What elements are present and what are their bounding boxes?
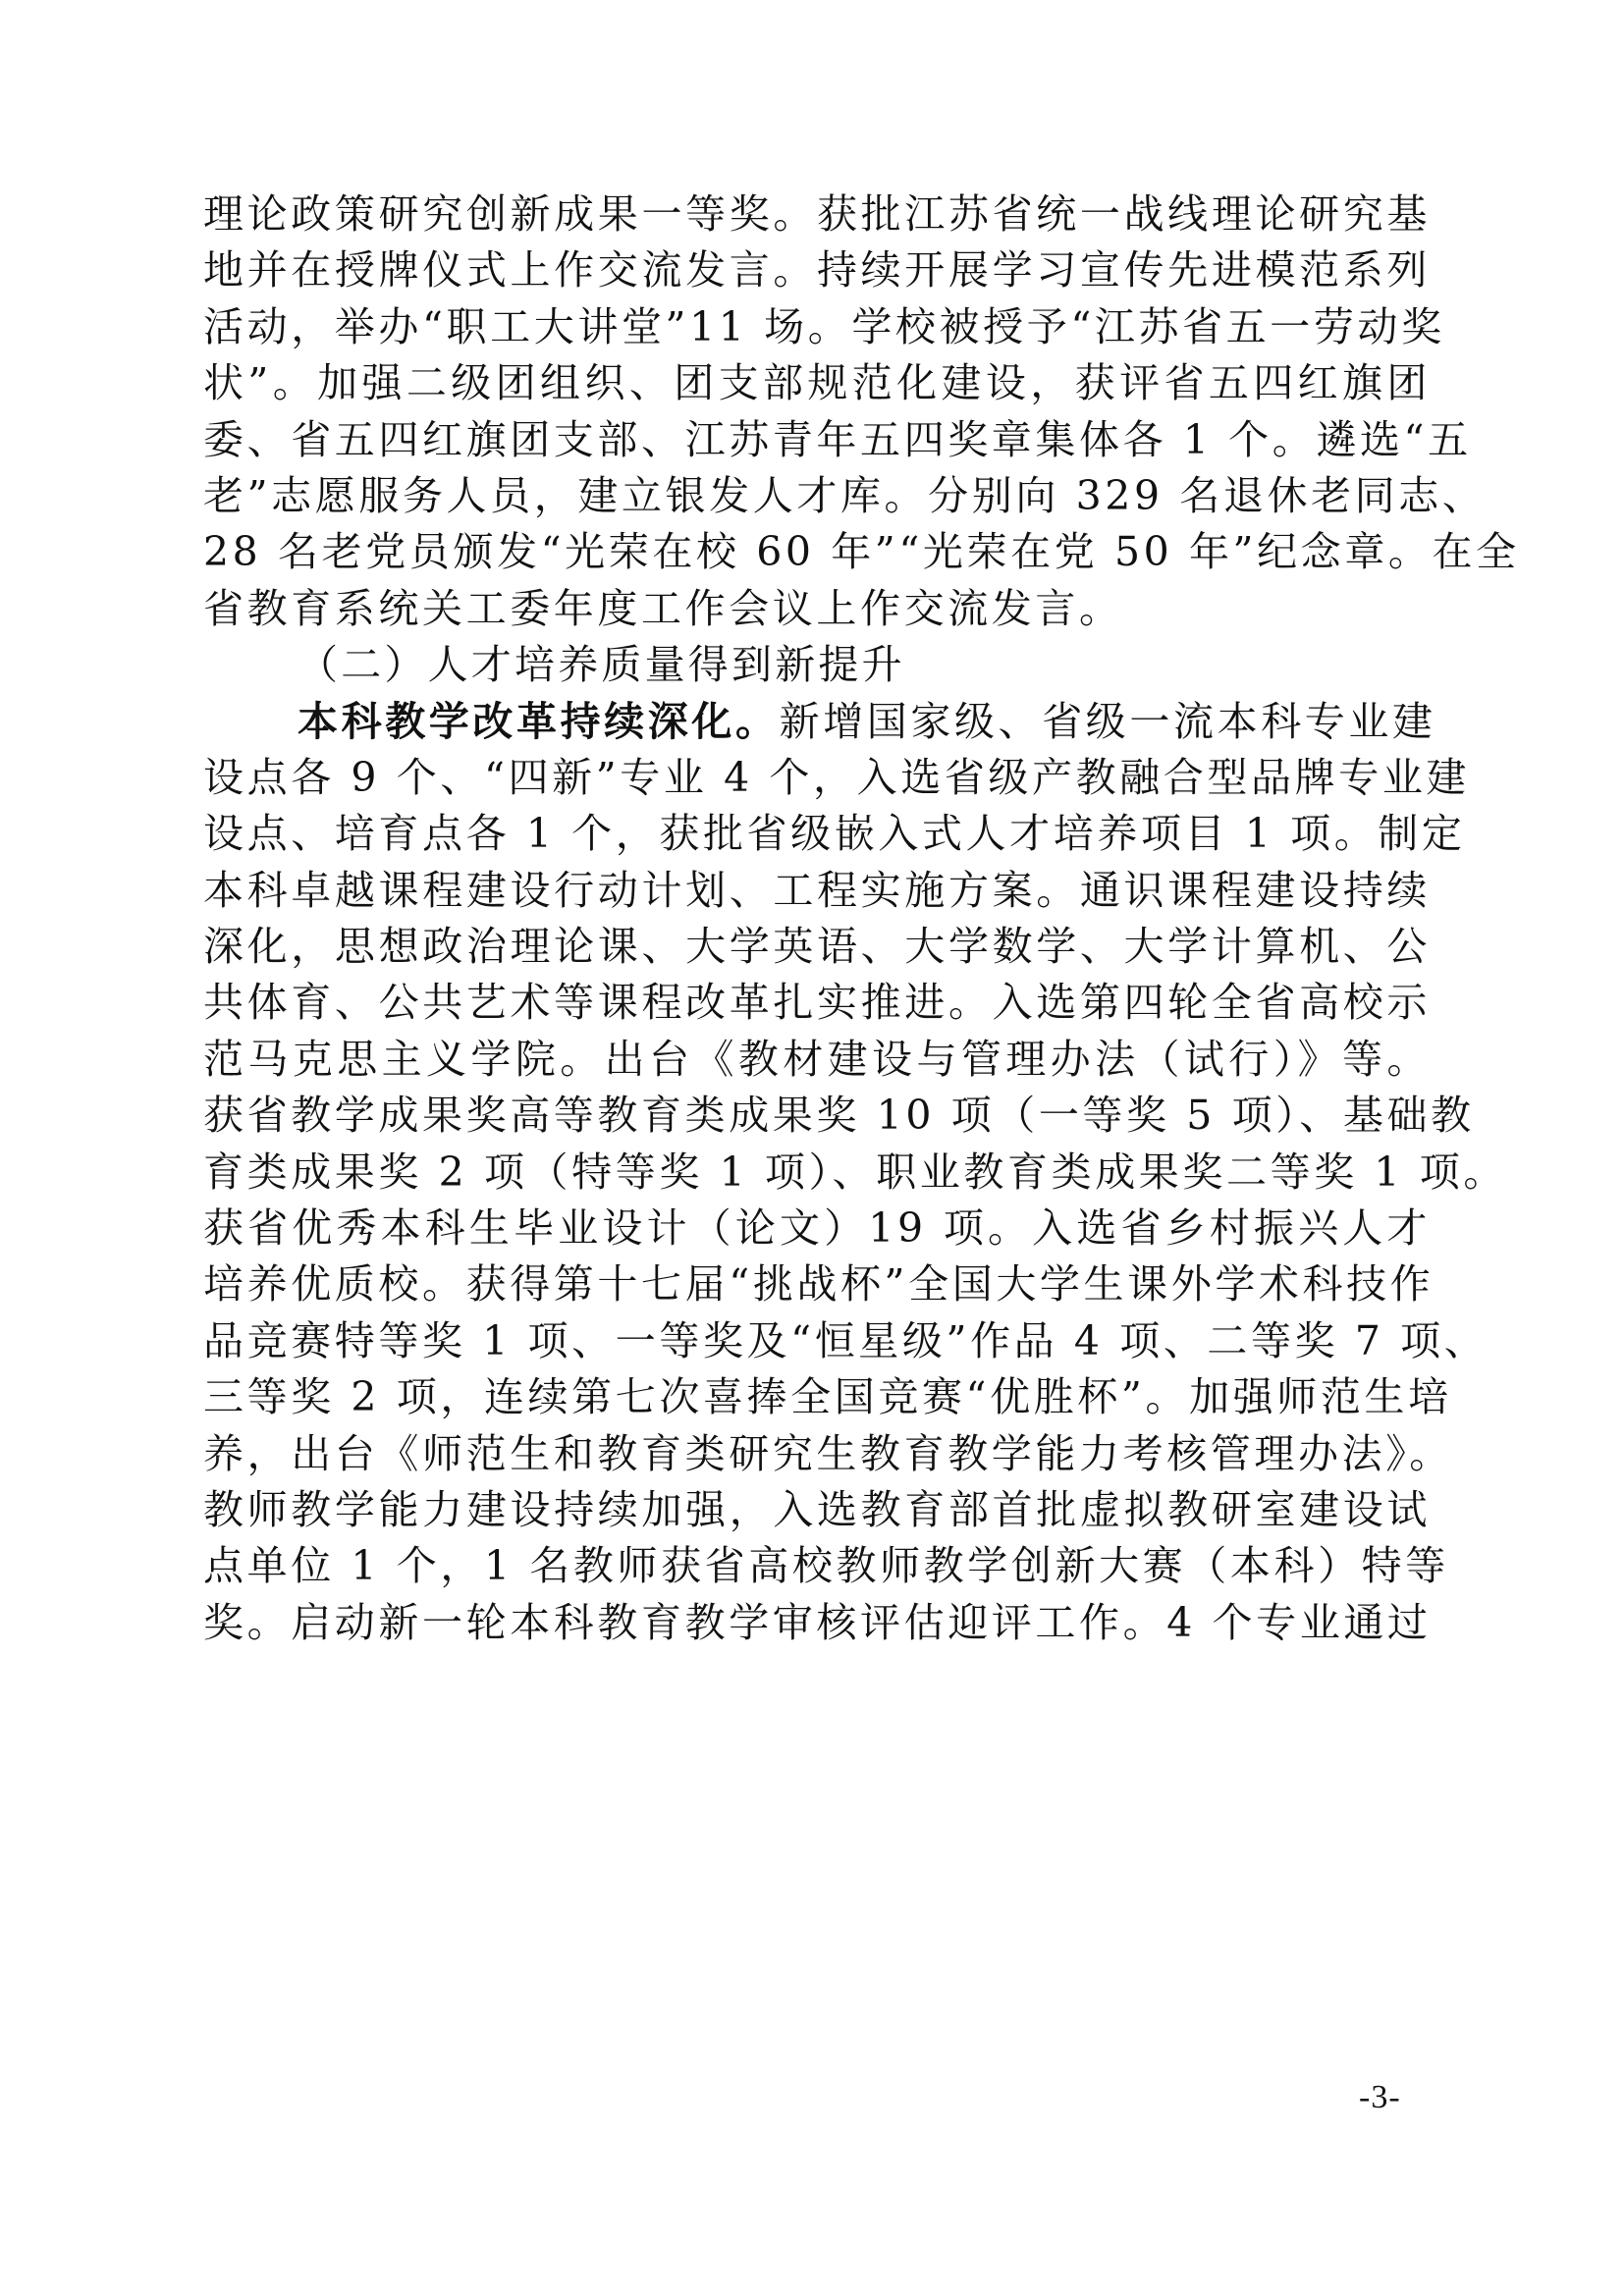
text-line: 养，出台《师范生和教育类研究生教育教学能力考核管理办法》。 bbox=[203, 1426, 1431, 1482]
text-line: 省教育系统关工委年度工作会议上作交流发言。 bbox=[203, 581, 1431, 637]
text-line: 地并在授牌仪式上作交流发言。持续开展学习宣传先进模范系列 bbox=[203, 242, 1431, 298]
paragraph-continued: 理论政策研究创新成果一等奖。获批江苏省统一战线理论研究基 地并在授牌仪式上作交流… bbox=[203, 187, 1431, 637]
page-number: -3- bbox=[1359, 2079, 1401, 2116]
text-line: 共体育、公共艺术等课程改革扎实推进。入选第四轮全省高校示 bbox=[203, 975, 1431, 1031]
text-line: 设点各 9 个、“四新”专业 4 个，入选省级产教融合型品牌专业建 bbox=[203, 750, 1431, 806]
text-line: 点单位 1 个，1 名教师获省高校教师教学创新大赛（本科）特等 bbox=[203, 1538, 1431, 1594]
paragraph-lead-title: 本科教学改革持续深化。 bbox=[298, 698, 780, 745]
text-line: 教师教学能力建设持续加强，入选教育部首批虚拟教研室建设试 bbox=[203, 1482, 1431, 1538]
document-page: 理论政策研究创新成果一等奖。获批江苏省统一战线理论研究基 地并在授牌仪式上作交流… bbox=[203, 187, 1431, 1651]
text-line: 状”。加强二级团组织、团支部规范化建设，获评省五四红旗团 bbox=[203, 355, 1431, 411]
text-line: 深化，思想政治理论课、大学英语、大学数学、大学计算机、公 bbox=[203, 919, 1431, 975]
text-line: 理论政策研究创新成果一等奖。获批江苏省统一战线理论研究基 bbox=[203, 187, 1431, 242]
text-span: 新增国家级、省级一流本科专业建 bbox=[780, 698, 1436, 745]
text-line: 品竞赛特等奖 1 项、一等奖及“恒星级”作品 4 项、二等奖 7 项、 bbox=[203, 1313, 1431, 1369]
paragraph-undergraduate-teaching-reform: 本科教学改革持续深化。新增国家级、省级一流本科专业建 设点各 9 个、“四新”专… bbox=[203, 694, 1431, 1652]
text-line: 获省教学成果奖高等教育类成果奖 10 项（一等奖 5 项）、基础教 bbox=[203, 1088, 1431, 1144]
text-line: 获省优秀本科生毕业设计（论文）19 项。入选省乡村振兴人才 bbox=[203, 1201, 1431, 1256]
text-line: 奖。启动新一轮本科教育教学审核评估迎评工作。4 个专业通过 bbox=[203, 1595, 1431, 1651]
text-line: 三等奖 2 项，连续第七次喜捧全国竞赛“优胜杯”。加强师范生培 bbox=[203, 1369, 1431, 1425]
text-line: 活动，举办“职工大讲堂”11 场。学校被授予“江苏省五一劳动奖 bbox=[203, 299, 1431, 355]
text-line: 本科卓越课程建设行动计划、工程实施方案。通识课程建设持续 bbox=[203, 863, 1431, 919]
text-line: 育类成果奖 2 项（特等奖 1 项）、职业教育类成果奖二等奖 1 项。 bbox=[203, 1145, 1431, 1201]
text-line: 设点、培育点各 1 个，获批省级嵌入式人才培养项目 1 项。制定 bbox=[203, 806, 1431, 862]
text-line: 28 名老党员颁发“光荣在校 60 年”“光荣在党 50 年”纪念章。在全 bbox=[203, 524, 1431, 580]
text-line: 范马克思主义学院。出台《教材建设与管理办法（试行）》等。 bbox=[203, 1032, 1431, 1088]
text-line: 本科教学改革持续深化。新增国家级、省级一流本科专业建 bbox=[203, 694, 1431, 750]
text-line: 培养优质校。获得第十七届“挑战杯”全国大学生课外学术科技作 bbox=[203, 1256, 1431, 1312]
text-line: 老”志愿服务人员，建立银发人才库。分别向 329 名退休老同志、 bbox=[203, 468, 1431, 524]
section-heading: （二）人才培养质量得到新提升 bbox=[203, 637, 1431, 693]
text-line: 委、省五四红旗团支部、江苏青年五四奖章集体各 1 个。遴选“五 bbox=[203, 412, 1431, 468]
